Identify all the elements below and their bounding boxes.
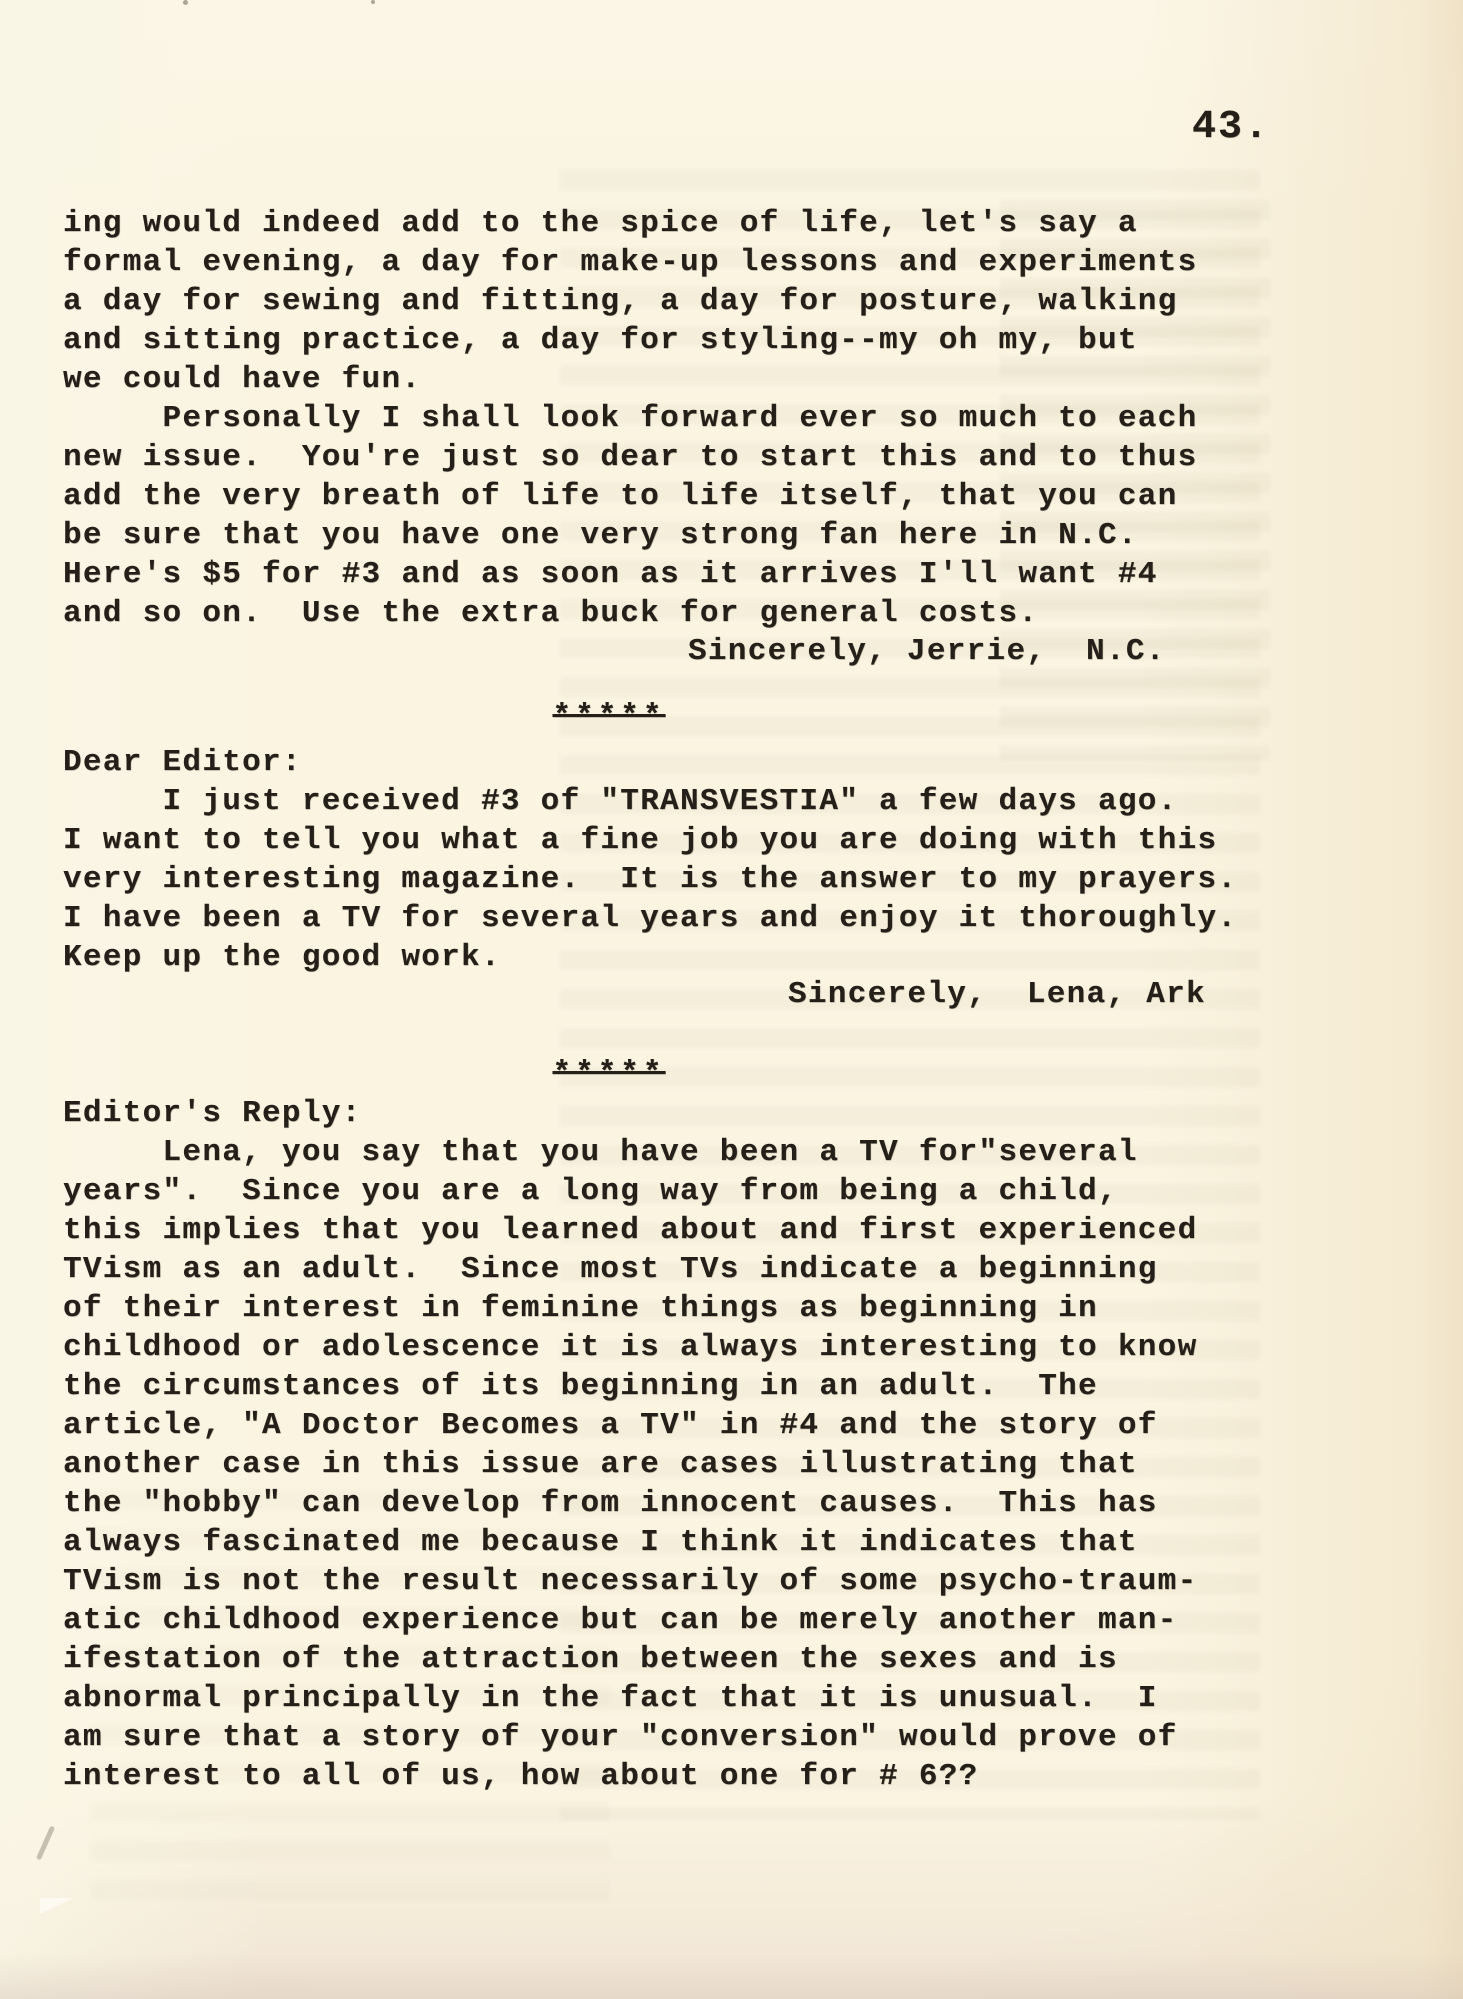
scan-speck [183,0,188,5]
jerrie-letter-body: Personally I shall look forward ever so … [63,399,1293,633]
scan-scratch-artifact [36,1826,55,1861]
asterisk-separator: ***** [63,697,1155,736]
scan-speck [371,0,375,4]
scanned-page: 43. ing would indeed add to the spice of… [0,0,1463,1999]
continuation-paragraph: ing would indeed add to the spice of lif… [63,204,1293,399]
editors-reply-body: Lena, you say that you have been a TV fo… [63,1133,1293,1796]
paper-crease-artifact [40,1898,74,1914]
jerrie-letter-signature: Sincerely, Jerrie, N.C. [688,632,1248,671]
lena-letter-signature: Sincerely, Lena, Ark [788,975,1308,1014]
editors-reply-heading: Editor's Reply: [63,1094,1293,1133]
page-number: 43. [1192,108,1270,147]
page-bottom-edge-shading [0,1952,1463,1999]
lena-letter-body: I just received #3 of "TRANSVESTIA" a fe… [63,782,1293,977]
lena-letter-salutation: Dear Editor: [63,743,1293,782]
asterisk-separator: ***** [63,1054,1155,1093]
